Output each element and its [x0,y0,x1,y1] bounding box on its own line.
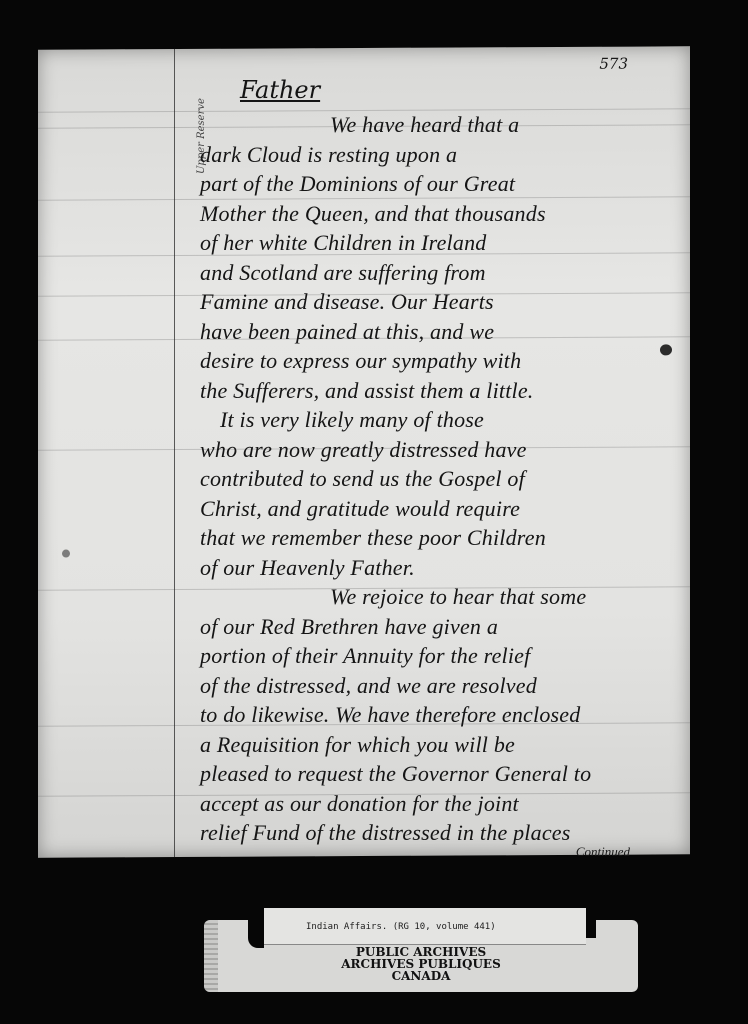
left-page-blank [38,49,174,858]
label-notch [248,920,264,948]
letter-line: It is very likely many of those [200,405,640,435]
letter-line: of the distressed, and we are resolved [200,671,640,701]
letter-line: contributed to send us the Gospel of [200,464,640,494]
salutation: Father [240,76,640,110]
letter-line: of our Heavenly Father. [200,553,640,583]
letter-line: dark Cloud is resting upon a [200,140,640,170]
archive-label-card: Indian Affairs. (RG 10, volume 441) PUBL… [204,908,638,992]
archive-reference: Indian Affairs. (RG 10, volume 441) [306,922,496,932]
letter-line: and Scotland are suffering from [200,258,640,288]
letter-line: Mother the Queen, and that thousands [200,199,640,229]
letter-line: of our Red Brethren have given a [200,612,640,642]
letter-line: of her white Children in Ireland [200,228,640,258]
letter-line: Famine and disease. Our Hearts [200,287,640,317]
letter-line: who are now greatly distressed have [200,435,640,465]
archive-title-line: CANADA [204,970,638,982]
letter-line: have been pained at this, and we [200,317,640,347]
letter-line: to do likewise. We have therefore enclos… [200,700,640,730]
letter-line: desire to express our sympathy with [200,346,640,376]
letter-line: portion of their Annuity for the relief [200,641,640,671]
letter-line: part of the Dominions of our Great [200,169,640,199]
letter-line: We rejoice to hear that some [200,582,640,612]
letter-line: the Sufferers, and assist them a little. [200,376,640,406]
letter-line: Christ, and gratitude would require [200,494,640,524]
ink-spot [62,550,70,558]
label-notch [586,908,596,938]
letter-line: a Requisition for which you will be [200,730,640,760]
page-fold-line [174,49,175,857]
letter-line: pleased to request the Governor General … [200,759,640,789]
letter-line: We have heard that a [200,110,640,140]
letter-line: accept as our donation for the joint [200,789,640,819]
page-number: 573 [599,55,628,73]
letter-line: that we remember these poor Children [200,523,640,553]
microfilm-frame: 573 Upper Reserve Father We have heard t… [0,0,748,1024]
archive-title: PUBLIC ARCHIVES ARCHIVES PUBLIQUES CANAD… [204,946,638,982]
ink-blot [660,344,672,355]
letter-body: Father We have heard that a dark Cloud i… [200,76,640,860]
